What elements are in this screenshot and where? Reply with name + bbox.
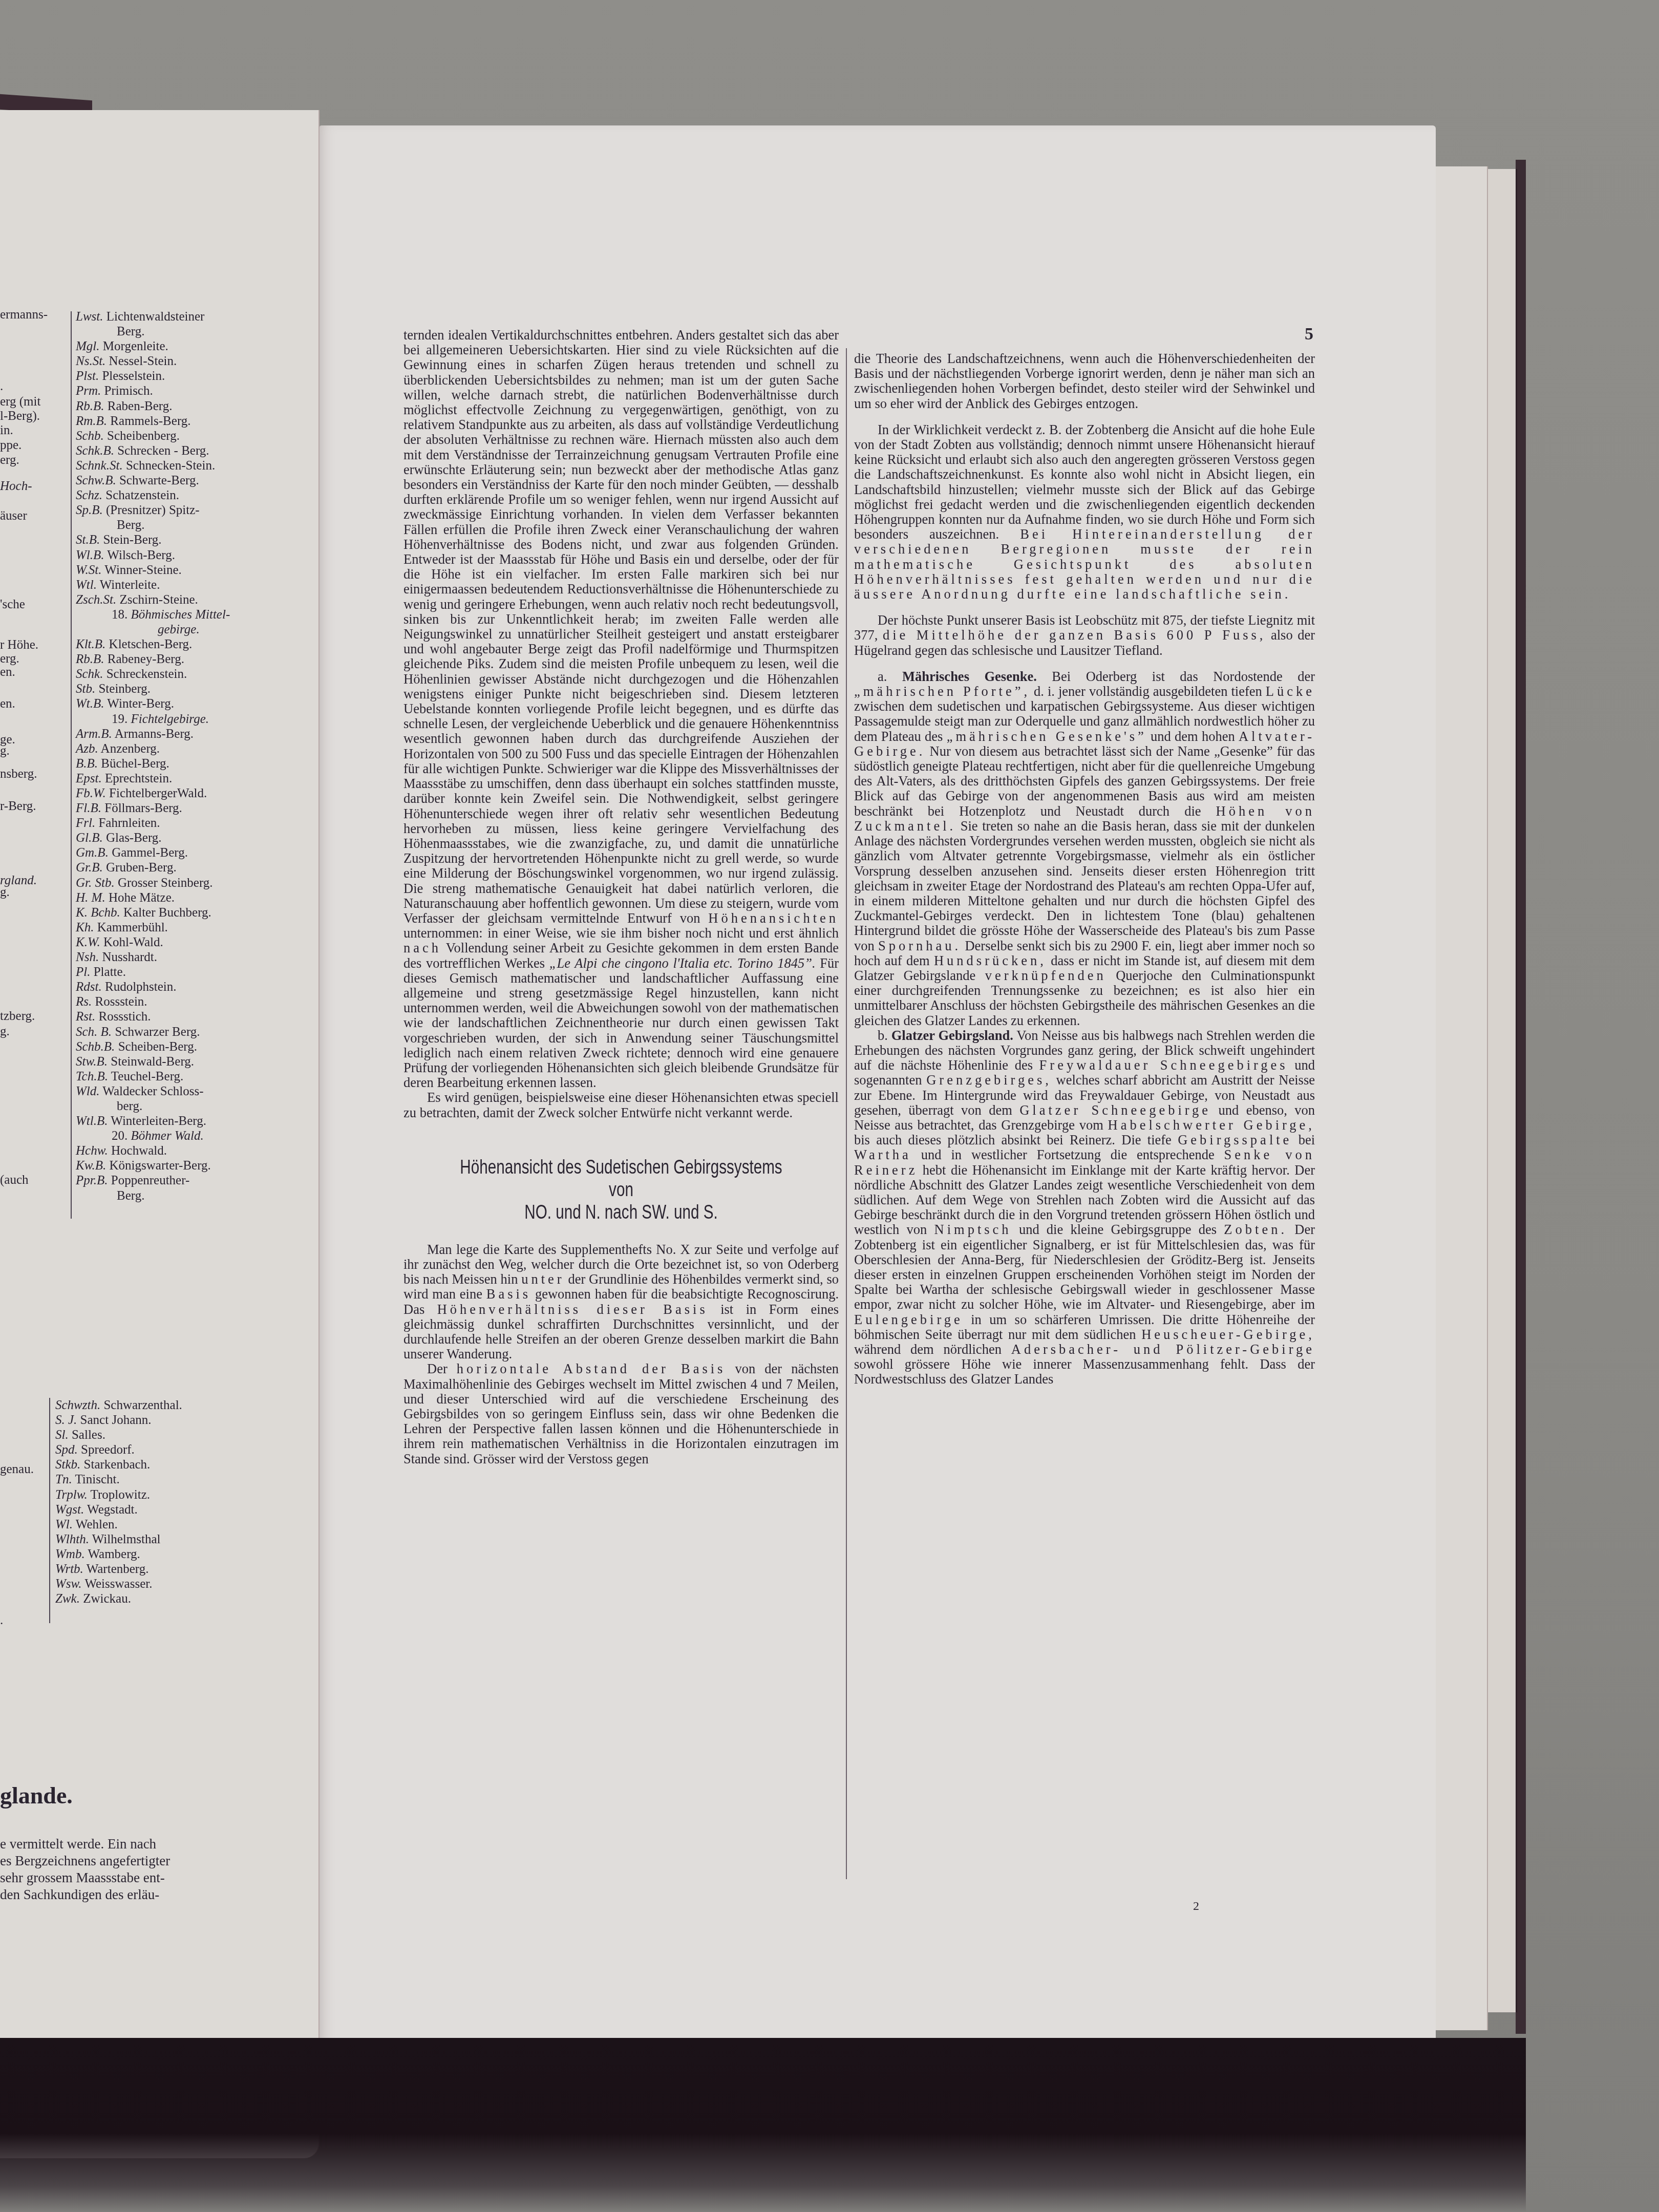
- abbreviation-group-heading: 20. Böhmer Wald.: [76, 1129, 230, 1143]
- abbreviation-entry-continuation: gebirge.: [76, 622, 230, 637]
- abbreviation-entry: Sp.B. (Presnitzer) Spitz-: [76, 503, 230, 518]
- paragraph: ternden idealen Vertikaldurchschnittes e…: [403, 328, 839, 1090]
- abbreviation-entry: Fl.B. Föllmars-Berg.: [76, 801, 230, 816]
- abbreviation-entry: Schwzth. Schwarzenthal.: [55, 1398, 182, 1413]
- abbreviation-entry: Kh. Kammerbühl.: [76, 920, 230, 935]
- abbreviation-entry: H. M. Hohe Mätze.: [76, 890, 230, 905]
- paragraph: Man lege die Karte des Supplementhefts N…: [403, 1242, 839, 1362]
- abbreviation-entry: Pl. Platte.: [76, 965, 230, 980]
- abbreviation-entry: Schb.B. Scheiben-Berg.: [76, 1039, 230, 1054]
- page-stack-edge-outer: [1487, 169, 1517, 2012]
- abbreviation-entry: Klt.B. Kletschen-Berg.: [76, 637, 230, 652]
- left-column-rule-lower: [49, 1398, 50, 1623]
- abbreviation-entry: Frl. Fahrnleiten.: [76, 816, 230, 831]
- abbreviation-entry: Fb.W. FichtelbergerWald.: [76, 786, 230, 801]
- text-line: den Sachkundigen des erläu-: [0, 1886, 170, 1903]
- text-fragment: g.: [0, 1024, 10, 1039]
- abbreviation-entry: Mgl. Morgenleite.: [76, 339, 230, 354]
- abbreviation-entry: Kw.B. Königswarter-Berg.: [76, 1158, 230, 1173]
- abbreviation-list-lower: Schwzth. Schwarzenthal.S. J. Sanct Johan…: [55, 1398, 182, 1606]
- section-heading: Höhenansicht des Sudetischen Gebirgssyst…: [452, 1156, 791, 1224]
- abbreviation-entry: Wsw. Weisswasser.: [55, 1577, 182, 1591]
- abbreviation-group-heading: 19. Fichtelgebirge.: [76, 712, 230, 727]
- text-fragment: erg (mit: [0, 394, 40, 409]
- text-fragment: .: [0, 379, 3, 394]
- abbreviation-entry: Schw.B. Schwarte-Berg.: [76, 473, 230, 488]
- abbreviation-entry: Schb. Scheibenberg.: [76, 429, 230, 443]
- text-fragment: ppe.: [0, 438, 22, 453]
- paragraph: In der Wirklichkeit verdeckt z. B. der Z…: [854, 422, 1315, 602]
- abbreviation-group-heading: 18. Böhmisches Mittel-: [76, 607, 230, 622]
- abbreviation-entry: Stb. Steinberg.: [76, 682, 230, 696]
- text-fragment: in.: [0, 423, 13, 438]
- abbreviation-entry: Zsch.St. Zschirn-Steine.: [76, 592, 230, 607]
- text-fragment: .: [0, 1613, 3, 1628]
- abbreviation-entry: Schz. Schatzenstein.: [76, 488, 230, 503]
- text-line: e vermittelt werde. Ein nach: [0, 1836, 170, 1853]
- abbreviation-entry: Wtl. Winterleite.: [76, 578, 230, 592]
- abbreviation-entry: Sl. Salles.: [55, 1428, 182, 1442]
- text-fragment: Hoch-: [0, 479, 32, 494]
- abbreviation-entry: K. Bchb. Kalter Buchberg.: [76, 905, 230, 920]
- abbreviation-entry: Epst. Eprechtstein.: [76, 771, 230, 786]
- text-fragment: erg.: [0, 453, 19, 467]
- abbreviation-entry: Arm.B. Armanns-Berg.: [76, 727, 230, 741]
- abbreviation-list-upper: Lwst. LichtenwaldsteinerBerg.Mgl. Morgen…: [76, 309, 230, 1203]
- text-fragment: genau.: [0, 1462, 34, 1477]
- book-shadow: [0, 2038, 1526, 2212]
- text-fragment: 'sche: [0, 597, 25, 612]
- abbreviation-entry: Ns.St. Nessel-Stein.: [76, 354, 230, 369]
- abbreviation-entry: Trplw. Troplowitz.: [55, 1487, 182, 1502]
- abbreviation-entry: St.B. Stein-Berg.: [76, 533, 230, 547]
- abbreviation-entry: Nsh. Nusshardt.: [76, 950, 230, 965]
- abbreviation-entry: Rb.B. Rabeney-Berg.: [76, 652, 230, 667]
- text-fragment: en.: [0, 665, 15, 679]
- abbreviation-entry: Ppr.B. Poppenreuther-: [76, 1173, 230, 1188]
- text-fragment: g.: [0, 743, 10, 758]
- abbreviation-entry-continuation: Berg.: [76, 1188, 230, 1203]
- abbreviation-entry: Wlhth. Wilhelmsthal: [55, 1532, 182, 1547]
- abbreviation-entry: Spd. Spreedorf.: [55, 1442, 182, 1457]
- right-column: die Theorie des Landschaftzeichnens, wen…: [854, 351, 1315, 1387]
- left-body-fragment: e vermittelt werde. Ein naches Bergzeich…: [0, 1836, 170, 1903]
- abbreviation-entry: Wt.B. Winter-Berg.: [76, 696, 230, 711]
- abbreviation-entry: B.B. Büchel-Berg.: [76, 756, 230, 771]
- abbreviation-entry: Prm. Primisch.: [76, 384, 230, 398]
- text-fragment: tzberg.: [0, 1009, 35, 1024]
- abbreviation-entry: Rdst. Rudolphstein.: [76, 980, 230, 994]
- paragraph: Der höchste Punkt unserer Basis ist Leob…: [854, 613, 1315, 658]
- abbreviation-entry: Gl.B. Glas-Berg.: [76, 831, 230, 845]
- abbreviation-entry: Tn. Tinischt.: [55, 1472, 182, 1487]
- text-fragment: äuser: [0, 508, 27, 523]
- abbreviation-entry: Schk.B. Schrecken - Berg.: [76, 443, 230, 458]
- left-section-title-fragment: glande.: [0, 1782, 73, 1809]
- text-fragment: ermanns-: [0, 307, 48, 322]
- paragraph: Der horizontale Abstand der Basis von de…: [403, 1362, 839, 1466]
- text-fragment: r Höhe.: [0, 637, 38, 652]
- abbreviation-entry: Wtl.B. Winterleiten-Berg.: [76, 1114, 230, 1129]
- left-column-rule-upper: [71, 311, 72, 1219]
- abbreviation-entry: S. J. Sanct Johann.: [55, 1413, 182, 1428]
- signature-mark: 2: [1193, 1900, 1199, 1913]
- abbreviation-entry: Wrtb. Wartenberg.: [55, 1562, 182, 1577]
- abbreviation-entry-continuation: berg.: [76, 1099, 230, 1114]
- abbreviation-entry: Gr. Stb. Grosser Steinberg.: [76, 876, 230, 890]
- text-fragment: erg.: [0, 651, 19, 666]
- abbreviation-entry-continuation: Berg.: [76, 518, 230, 533]
- abbreviation-entry: Hchw. Hochwald.: [76, 1143, 230, 1158]
- abbreviation-entry: Stw.B. Steinwald-Berg.: [76, 1054, 230, 1069]
- paragraph: Es wird genügen, beispielsweise eine die…: [403, 1090, 839, 1120]
- abbreviation-entry: Rb.B. Raben-Berg.: [76, 399, 230, 414]
- book-cover-edge-right: [1516, 160, 1526, 2034]
- abbreviation-entry: W.St. Winner-Steine.: [76, 563, 230, 578]
- text-line: es Bergzeichnens angefertigter: [0, 1853, 170, 1869]
- abbreviation-entry: Wl. Wehlen.: [55, 1517, 182, 1532]
- abbreviation-entry: Plst. Plesselstein.: [76, 369, 230, 384]
- middle-column: ternden idealen Vertikaldurchschnittes e…: [403, 328, 839, 1466]
- text-fragment: (auch: [0, 1173, 29, 1187]
- abbreviation-entry: Wmb. Wamberg.: [55, 1547, 182, 1562]
- abbreviation-entry: Stkb. Starkenbach.: [55, 1457, 182, 1472]
- abbreviation-entry: Zwk. Zwickau.: [55, 1591, 182, 1606]
- abbreviation-entry: Tch.B. Teuchel-Berg.: [76, 1069, 230, 1084]
- abbreviation-entry: K.W. Kohl-Wald.: [76, 935, 230, 950]
- text-line: sehr grossem Maassstabe ent-: [0, 1869, 170, 1886]
- abbreviation-entry: Wgst. Wegstadt.: [55, 1502, 182, 1517]
- text-fragment: r-Berg.: [0, 799, 36, 814]
- abbreviation-entry: Gr.B. Gruben-Berg.: [76, 860, 230, 875]
- page-number: 5: [1305, 325, 1313, 344]
- abbreviation-entry: Rm.B. Rammels-Berg.: [76, 414, 230, 429]
- abbreviation-entry: Wld. Waldecker Schloss-: [76, 1084, 230, 1099]
- abbreviation-entry: Azb. Anzenberg.: [76, 741, 230, 756]
- abbreviation-entry: Rst. Rossstich.: [76, 1009, 230, 1024]
- column-divider: [846, 348, 847, 1879]
- page-stack-edge-inner: [1436, 166, 1488, 2030]
- abbreviation-entry: Wl.B. Wilsch-Berg.: [76, 548, 230, 563]
- paragraph: die Theorie des Landschaftzeichnens, wen…: [854, 351, 1315, 411]
- section-b-glatzer-gebirgsland: b. Glatzer Gebirgsland. Von Neisse aus b…: [854, 1028, 1315, 1387]
- text-fragment: g.: [0, 885, 10, 900]
- abbreviation-entry: Lwst. Lichtenwaldsteiner: [76, 309, 230, 324]
- abbreviation-entry: Schk. Schreckenstein.: [76, 667, 230, 682]
- abbreviation-entry: Gm.B. Gammel-Berg.: [76, 845, 230, 860]
- text-fragment: nsberg.: [0, 767, 37, 781]
- abbreviation-entry: Rs. Rossstein.: [76, 994, 230, 1009]
- text-fragment: l-Berg).: [0, 409, 40, 423]
- abbreviation-entry: Schnk.St. Schnecken-Stein.: [76, 458, 230, 473]
- section-a-mahrisches-gesenke: a. Mährisches Gesenke. Bei Oderberg ist …: [854, 669, 1315, 1028]
- abbreviation-entry-continuation: Berg.: [76, 324, 230, 339]
- abbreviation-entry: Sch. B. Schwarzer Berg.: [76, 1025, 230, 1039]
- text-fragment: en.: [0, 696, 15, 711]
